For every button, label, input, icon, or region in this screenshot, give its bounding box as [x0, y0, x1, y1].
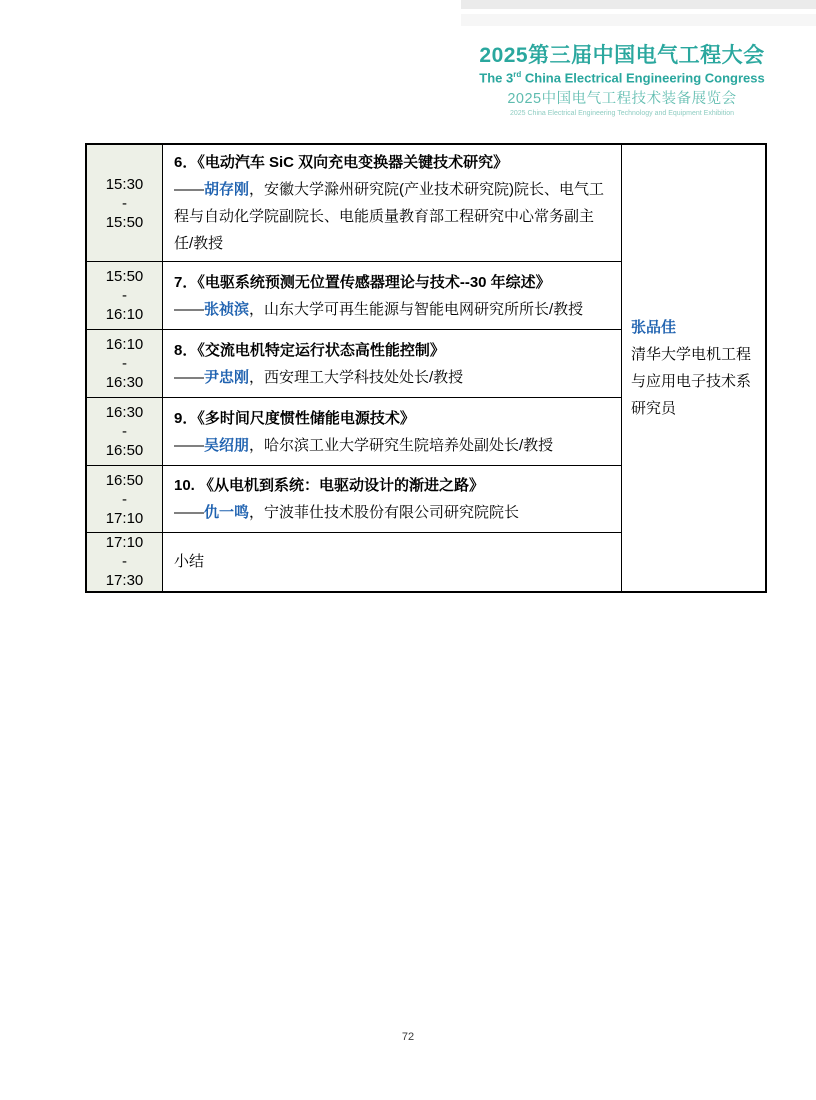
session-cell: 9．《多时间尺度惯性储能电源技术》 ——吴绍朋，哈尔滨工业大学研究生院培养处副处… — [163, 398, 622, 466]
session-title: 7．《电驱系统预测无位置传感器理论与技术--30 年综述》 — [174, 269, 611, 296]
exhibition-subtitle-zh: 2025中国电气工程技术装备展览会 — [442, 91, 802, 108]
summary-cell: 小结 — [163, 533, 622, 592]
session-cell: 7．《电驱系统预测无位置传感器理论与技术--30 年综述》 ——张祯滨，山东大学… — [163, 262, 622, 330]
speaker-line: ——仇一鸣，宁波菲仕技术股份有限公司研究院院长 — [174, 499, 611, 526]
agenda-table: 15:30 - 15:50 6．《电动汽车 SiC 双向充电变换器关键技术研究》… — [85, 143, 767, 593]
speaker-name: 吴绍朋 — [204, 437, 249, 454]
time-separator: - — [87, 194, 162, 213]
congress-title-zh: 2025第三届中国电气工程大会 — [442, 44, 802, 67]
chair-affiliation: 清华大学电机工程与应用电子技术系研究员 — [631, 346, 751, 417]
speaker-line: ——吴绍朋，哈尔滨工业大学研究生院培养处副处长/教授 — [174, 432, 611, 459]
speaker-dash: —— — [174, 369, 204, 386]
chair-cell: 张品佳 清华大学电机工程与应用电子技术系研究员 — [622, 144, 767, 592]
time-separator: - — [87, 422, 162, 441]
time-end: 16:50 — [87, 441, 162, 460]
session-cell: 10. 《从电机到系统：电驱动设计的渐进之路》 ——仇一鸣，宁波菲仕技术股份有限… — [163, 466, 622, 533]
exhibition-subtitle-en: 2025 China Electrical Engineering Techno… — [442, 109, 802, 118]
document-page: 2025第三届中国电气工程大会 The 3rd China Electrical… — [0, 0, 816, 1100]
time-cell: 16:30 - 16:50 — [86, 398, 163, 466]
time-cell: 17:10 - 17:30 — [86, 533, 163, 592]
top-scan-bar-1 — [461, 0, 816, 9]
speaker-name: 仇一鸣 — [204, 504, 249, 521]
time-separator: - — [87, 552, 162, 571]
speaker-dash: —— — [174, 181, 204, 198]
speaker-affiliation: ，西安理工大学科技处处长/教授 — [249, 369, 463, 386]
time-end: 16:30 — [87, 373, 162, 392]
session-cell: 6．《电动汽车 SiC 双向充电变换器关键技术研究》 ——胡存刚，安徽大学滁州研… — [163, 144, 622, 262]
speaker-name: 胡存刚 — [204, 181, 249, 198]
session-title: 9．《多时间尺度惯性储能电源技术》 — [174, 405, 611, 432]
speaker-affiliation: ，宁波菲仕技术股份有限公司研究院院长 — [249, 504, 519, 521]
speaker-dash: —— — [174, 437, 204, 454]
time-separator: - — [87, 286, 162, 305]
chair-name: 张品佳 — [631, 314, 758, 341]
time-end: 15:50 — [87, 213, 162, 232]
time-start: 16:10 — [87, 335, 162, 354]
time-cell: 16:50 - 17:10 — [86, 466, 163, 533]
time-end: 16:10 — [87, 305, 162, 324]
time-start: 17:10 — [87, 533, 162, 552]
speaker-dash: —— — [174, 504, 204, 521]
speaker-affiliation: ，山东大学可再生能源与智能电网研究所所长/教授 — [249, 301, 583, 318]
time-separator: - — [87, 490, 162, 509]
congress-logo: 2025第三届中国电气工程大会 The 3rd China Electrical… — [442, 44, 802, 118]
time-cell: 15:30 - 15:50 — [86, 144, 163, 262]
time-cell: 16:10 - 16:30 — [86, 330, 163, 398]
speaker-dash: —— — [174, 301, 204, 318]
page-number: 72 — [0, 1031, 816, 1043]
time-start: 15:30 — [87, 175, 162, 194]
time-separator: - — [87, 354, 162, 373]
table-row: 15:30 - 15:50 6．《电动汽车 SiC 双向充电变换器关键技术研究》… — [86, 144, 766, 262]
speaker-name: 尹忠刚 — [204, 369, 249, 386]
top-scan-bar-2 — [461, 14, 816, 26]
time-end: 17:10 — [87, 509, 162, 528]
time-cell: 15:50 - 16:10 — [86, 262, 163, 330]
session-title: 6．《电动汽车 SiC 双向充电变换器关键技术研究》 — [174, 149, 611, 176]
speaker-line: ——胡存刚，安徽大学滁州研究院(产业技术研究院)院长、电气工程与自动化学院副院长… — [174, 176, 611, 257]
session-title: 8．《交流电机特定运行状态高性能控制》 — [174, 337, 611, 364]
session-cell: 8．《交流电机特定运行状态高性能控制》 ——尹忠刚，西安理工大学科技处处长/教授 — [163, 330, 622, 398]
time-start: 16:50 — [87, 471, 162, 490]
speaker-affiliation: ，哈尔滨工业大学研究生院培养处副处长/教授 — [249, 437, 553, 454]
speaker-name: 张祯滨 — [204, 301, 249, 318]
time-end: 17:30 — [87, 571, 162, 590]
time-start: 16:30 — [87, 403, 162, 422]
congress-title-en: The 3rd China Electrical Engineering Con… — [442, 67, 802, 85]
speaker-line: ——张祯滨，山东大学可再生能源与智能电网研究所所长/教授 — [174, 296, 611, 323]
congress-title-en-pre: The 3 — [479, 70, 513, 85]
session-title: 10. 《从电机到系统：电驱动设计的渐进之路》 — [174, 472, 611, 499]
congress-title-en-post: China Electrical Engineering Congress — [521, 70, 764, 85]
speaker-line: ——尹忠刚，西安理工大学科技处处长/教授 — [174, 364, 611, 391]
time-start: 15:50 — [87, 267, 162, 286]
summary-label: 小结 — [174, 548, 611, 575]
